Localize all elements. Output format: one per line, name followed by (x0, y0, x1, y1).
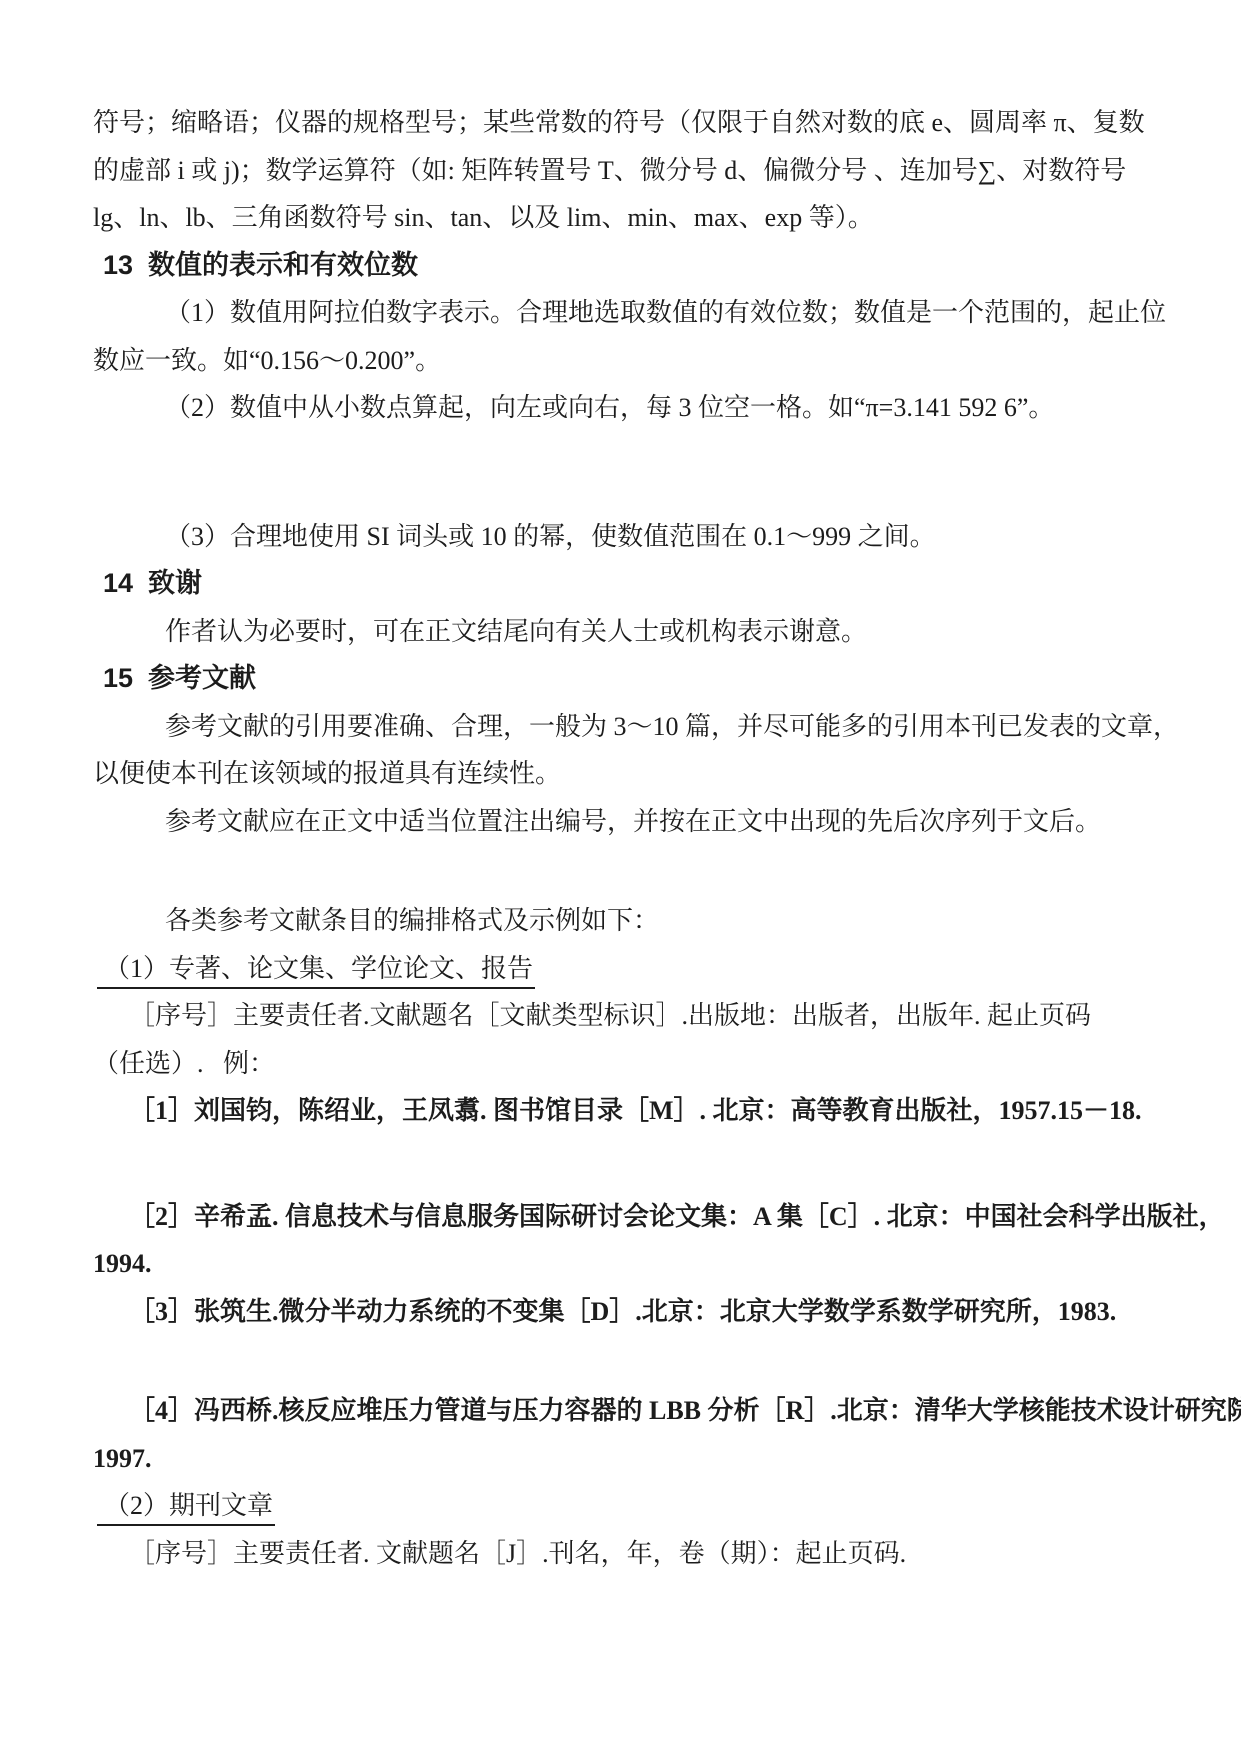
text-run: 以便使本刊在该领域的报道具有连续性。 (93, 759, 561, 788)
text-run: 参考文献应在正文中适当位置注出编号，并按在正文中出现的先后次序列于文后。 (165, 807, 1101, 836)
reference-example-2-line-1: ［2］辛希孟. 信息技术与信息服务国际研讨会论文集：A 集［C］. 北京：中国社… (93, 1193, 1151, 1241)
text-run: 1994. (93, 1249, 152, 1278)
item-1-numeric-line-2: 数应一致。如“0.156～0.200”。 (93, 337, 1151, 385)
item-2-numeric: （2）数值中从小数点算起，向左或向右，每 3 位空一格。如“π=3.141 59… (93, 384, 1151, 432)
text-run: 参考文献的引用要准确、合理，一般为 3～10 篇，并尽可能多的引用本刊已发表的文… (165, 712, 1179, 741)
underlined-text: （2）期刊文章 (97, 1491, 275, 1526)
text-run: ［序号］主要责任者. 文献题名［J］.刊名，年，卷（期）：起止页码. (129, 1539, 906, 1568)
para-ref-citation-line-1: 参考文献的引用要准确、合理，一般为 3～10 篇，并尽可能多的引用本刊已发表的文… (93, 703, 1151, 751)
section-heading-15-references: 15 参考文献 (93, 655, 1151, 703)
item-1-numeric-line-1: （1）数值用阿拉伯数字表示。合理地选取数值的有效位数；数值是一个范围的，起止位 (93, 289, 1151, 337)
reference-example-4-line-1: ［4］冯西桥.核反应堆压力管道与压力容器的 LBB 分析［R］.北京：清华大学核… (93, 1387, 1151, 1435)
para-symbols-line-3: lg、ln、lb、三角函数符号 sin、tan、以及 lim、min、max、e… (93, 194, 1151, 242)
subsection-label-monographs: （1）专著、论文集、学位论文、报告 (93, 945, 1151, 993)
text-run: lg、ln、lb、三角函数符号 sin、tan、以及 lim、min、max、e… (93, 203, 874, 232)
para-monograph-format-line-1: ［序号］主要责任者.文献题名［文献类型标识］.出版地：出版者，出版年. 起止页码 (93, 992, 1151, 1040)
text-run: ［4］冯西桥.核反应堆压力管道与压力容器的 LBB 分析［R］.北京：清华大学核… (129, 1396, 1241, 1425)
text-run: ［1］刘国钧，陈绍业，王凤翥. 图书馆目录［M］. 北京：高等教育出版社，195… (129, 1096, 1142, 1125)
text-run: 各类参考文献条目的编排格式及示例如下： (165, 906, 659, 935)
section-heading-13-numeric-values: 13 数值的表示和有效位数 (93, 242, 1151, 290)
para-ref-citation-line-2: 以便使本刊在该领域的报道具有连续性。 (93, 750, 1151, 798)
reference-example-2-line-2: 1994. (93, 1240, 1151, 1288)
heading-text: 14 致谢 (103, 568, 202, 598)
heading-text: 13 数值的表示和有效位数 (103, 250, 418, 280)
reference-example-3: ［3］张筑生.微分半动力系统的不变集［D］.北京：北京大学数学系数学研究所，19… (93, 1288, 1151, 1336)
document-page: 符号；缩略语；仪器的规格型号；某些常数的符号（仅限于自然对数的底 e、圆周率 π… (0, 0, 1241, 1754)
para-ref-format-intro: 各类参考文献条目的编排格式及示例如下： (93, 897, 1151, 945)
para-acknowledgements: 作者认为必要时，可在正文结尾向有关人士或机构表示谢意。 (93, 608, 1151, 656)
item-3-numeric: （3）合理地使用 SI 词头或 10 的幂，使数值范围在 0.1～999 之间。 (93, 513, 1151, 561)
para-symbols-line-1: 符号；缩略语；仪器的规格型号；某些常数的符号（仅限于自然对数的底 e、圆周率 π… (93, 99, 1151, 147)
text-run: ［序号］主要责任者.文献题名［文献类型标识］.出版地：出版者，出版年. 起止页码 (129, 1001, 1091, 1030)
heading-text: 15 参考文献 (103, 663, 256, 693)
text-run: 数应一致。如“0.156～0.200”。 (93, 346, 441, 375)
reference-example-4-line-2: 1997. (93, 1435, 1151, 1483)
section-heading-14-acknowledgements: 14 致谢 (93, 560, 1151, 608)
text-run: （3）合理地使用 SI 词头或 10 的幂，使数值范围在 0.1～999 之间。 (165, 522, 936, 551)
text-run: （2）数值中从小数点算起，向左或向右，每 3 位空一格。如“π=3.141 59… (165, 393, 1054, 422)
text-run: 的虚部 i 或 j)；数学运算符（如: 矩阵转置号 T、微分号 d、偏微分号 、… (93, 156, 1126, 185)
reference-example-1: ［1］刘国钧，陈绍业，王凤翥. 图书馆目录［M］. 北京：高等教育出版社，195… (93, 1087, 1151, 1135)
text-run: 符号；缩略语；仪器的规格型号；某些常数的符号（仅限于自然对数的底 e、圆周率 π… (93, 108, 1145, 137)
text-run: （1）数值用阿拉伯数字表示。合理地选取数值的有效位数；数值是一个范围的，起止位 (165, 298, 1166, 327)
text-run: ［2］辛希孟. 信息技术与信息服务国际研讨会论文集：A 集［C］. 北京：中国社… (129, 1202, 1225, 1231)
text-run: 1997. (93, 1444, 152, 1473)
para-journal-article-format: ［序号］主要责任者. 文献题名［J］.刊名，年，卷（期）：起止页码. (93, 1530, 1151, 1578)
text-run: 作者认为必要时，可在正文结尾向有关人士或机构表示谢意。 (165, 617, 867, 646)
para-monograph-format-line-2: （任选）. 例： (93, 1040, 1151, 1088)
text-run: ［3］张筑生.微分半动力系统的不变集［D］.北京：北京大学数学系数学研究所，19… (129, 1297, 1116, 1326)
subsection-label-journal-articles: （2）期刊文章 (93, 1482, 1151, 1530)
underlined-text: （1）专著、论文集、学位论文、报告 (97, 954, 535, 989)
para-symbols-line-2: 的虚部 i 或 j)；数学运算符（如: 矩阵转置号 T、微分号 d、偏微分号 、… (93, 147, 1151, 195)
para-ref-numbering: 参考文献应在正文中适当位置注出编号，并按在正文中出现的先后次序列于文后。 (93, 798, 1151, 846)
text-run: （任选）. 例： (93, 1049, 275, 1078)
